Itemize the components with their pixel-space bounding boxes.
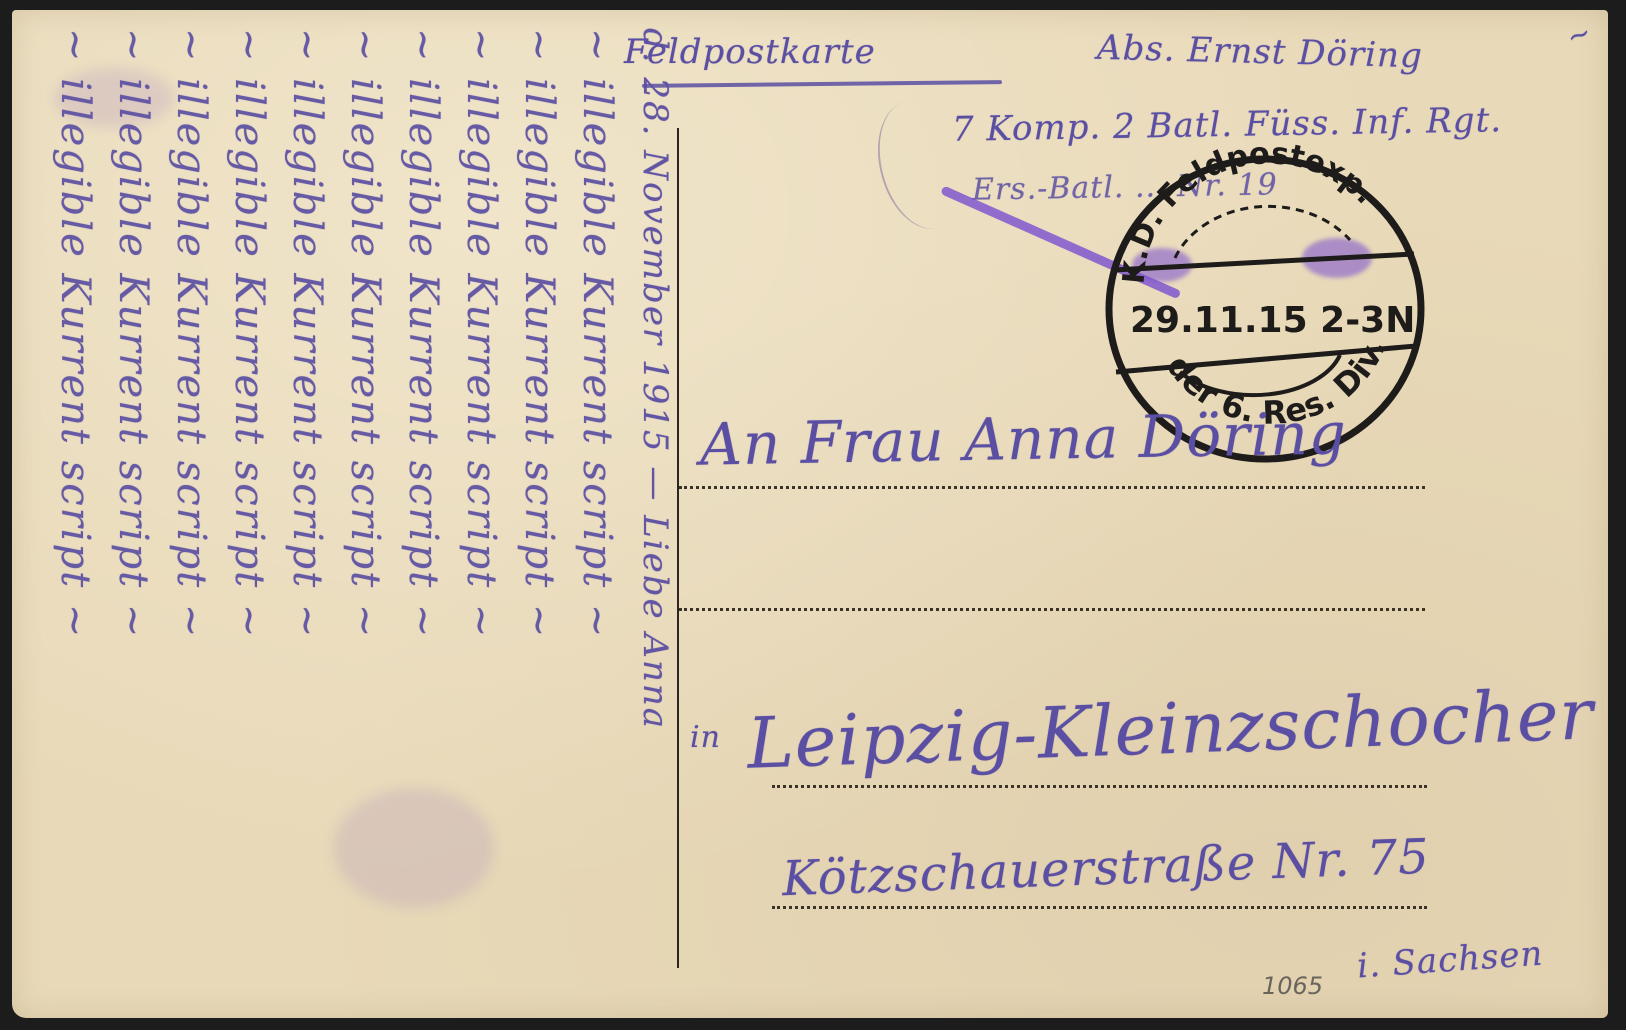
- message-line: ~ illegible Kurrent script ~: [220, 28, 278, 1008]
- message-date-line: d. 28. November 1915 — Liebe Anna: [626, 28, 674, 1008]
- message-line: ~ illegible Kurrent script ~: [336, 28, 394, 1008]
- recipient-city: Leipzig-Kleinzschocher: [746, 673, 1595, 785]
- message-line: ~ illegible Kurrent script ~: [46, 28, 104, 1008]
- sender-name: Abs. Ernst Döring: [1097, 28, 1424, 77]
- message-line: ~ illegible Kurrent script ~: [510, 28, 568, 1008]
- address-dotted-line: [772, 906, 1427, 909]
- address-dotted-line: [679, 486, 1425, 489]
- address-prefix: in: [690, 720, 721, 755]
- corner-mark: ~: [1562, 15, 1596, 54]
- postcard: d. 28. November 1915 — Liebe Anna ~ ille…: [12, 10, 1608, 1018]
- recipient-name: An Frau Anna Döring: [699, 399, 1347, 478]
- recipient-region: i. Sachsen: [1356, 934, 1545, 987]
- pencil-catalog-number: 1065: [1262, 972, 1323, 1000]
- message-rotated-block: d. 28. November 1915 — Liebe Anna ~ ille…: [46, 28, 674, 1008]
- recipient-street: Kötzschauerstraße Nr. 75: [781, 829, 1430, 908]
- message-line: ~ illegible Kurrent script ~: [568, 28, 626, 1008]
- heading-underline: [642, 80, 1002, 88]
- message-line: ~ illegible Kurrent script ~: [104, 28, 162, 1008]
- message-line: ~ illegible Kurrent script ~: [278, 28, 336, 1008]
- message-area: d. 28. November 1915 — Liebe Anna ~ ille…: [34, 28, 674, 1018]
- address-dotted-line: [772, 785, 1427, 788]
- message-line: ~ illegible Kurrent script ~: [162, 28, 220, 1008]
- divider-line: [677, 128, 679, 968]
- address-dotted-line: [679, 608, 1425, 611]
- postmark-date: 29.11.15 2-3N: [1130, 300, 1415, 341]
- message-line: ~ illegible Kurrent script ~: [452, 28, 510, 1008]
- card-heading: Feldpostkarte: [624, 32, 876, 72]
- message-line: ~ illegible Kurrent script ~: [394, 28, 452, 1008]
